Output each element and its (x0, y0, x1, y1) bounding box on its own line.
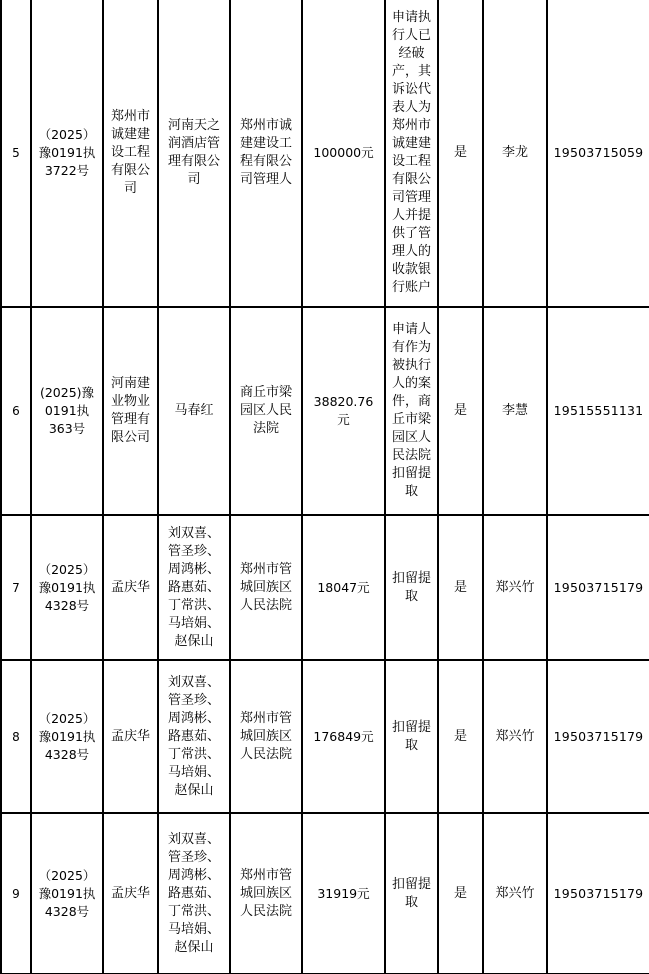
cell-payer-court-line: 园区人民 (234, 402, 298, 420)
cell-contact-text: 郑兴竹 (495, 729, 534, 744)
cell-respondent-line: 丁常洪、 (162, 903, 226, 921)
cell-case-number-line: (2025)豫 (35, 384, 99, 402)
cell-reason-line: 诚建建 (389, 135, 434, 153)
table-row: 8（2025）豫0191执4328号孟庆华刘双喜、管圣珍、周鸿彬、路惠茹、丁常洪… (1, 660, 649, 813)
cell-payer-court: 郑州市诚建建设工程有限公司管理人 (230, 0, 302, 307)
cell-index-text: 9 (12, 887, 20, 901)
cell-respondent: 刘双喜、管圣珍、周鸿彬、路惠茹、丁常洪、马培娟、赵保山 (158, 515, 230, 660)
cell-applicant-line: 郑州市 (107, 108, 154, 126)
cell-reason-line: 扣留提 (389, 719, 434, 737)
cell-respondent-line: 理有限公 (162, 153, 226, 171)
cell-index: 6 (1, 307, 31, 515)
cell-respondent-line: 司 (162, 171, 226, 189)
cell-case-number-line: （2025） (35, 126, 99, 144)
cell-respondent-line: 刘双喜、 (162, 525, 226, 543)
cell-applicant-line: 孟庆华 (107, 728, 154, 746)
cell-case-number: （2025）豫0191执4328号 (31, 813, 103, 974)
cell-amount-line: 100000元 (306, 144, 381, 162)
cell-amount: 100000元 (302, 0, 385, 307)
cell-reason-line: 理人的 (389, 243, 434, 261)
cell-reason-line: 经破 (389, 45, 434, 63)
cell-confirmed-text: 是 (454, 729, 467, 744)
cell-payer-court-line: 郑州市诚 (234, 117, 298, 135)
cell-respondent-line: 马培娟、 (162, 764, 226, 782)
cell-reason-line: 取 (389, 737, 434, 755)
cell-confirmed: 是 (438, 307, 483, 515)
cell-payer-court: 郑州市管城回族区人民法院 (230, 515, 302, 660)
cell-case-number-line: 豫0191执 (35, 728, 99, 746)
cell-reason-line: 收款银 (389, 261, 434, 279)
cell-respondent-line: 管圣珍、 (162, 692, 226, 710)
cell-reason-line: 人并提 (389, 207, 434, 225)
cell-respondent-line: 赵保山 (162, 939, 226, 957)
cell-payer-court-line: 城回族区 (234, 579, 298, 597)
cell-respondent-line: 刘双喜、 (162, 674, 226, 692)
cell-contact: 郑兴竹 (483, 813, 547, 974)
cell-contact: 郑兴竹 (483, 660, 547, 813)
cell-payer-court-line: 建建设工 (234, 135, 298, 153)
cell-case-number-line: 豫0191执 (35, 885, 99, 903)
cell-case-number-line: 4328号 (35, 597, 99, 615)
cell-phone-text: 19515551131 (554, 403, 644, 418)
cell-payer-court-line: 商丘市梁 (234, 384, 298, 402)
cell-phone: 19503715179 (547, 813, 649, 974)
cell-respondent: 刘双喜、管圣珍、周鸿彬、路惠茹、丁常洪、马培娟、赵保山 (158, 813, 230, 974)
cell-phone: 19503715179 (547, 515, 649, 660)
cell-reason: 申请执行人已经破产，其诉讼代表人为郑州市诚建建设工程有限公司管理人并提供了管理人… (385, 0, 438, 307)
cell-index-text: 6 (12, 404, 20, 418)
cell-respondent-line: 马培娟、 (162, 921, 226, 939)
cell-payer-court: 郑州市管城回族区人民法院 (230, 660, 302, 813)
cell-phone: 19515551131 (547, 307, 649, 515)
cell-payer-court-line: 郑州市管 (234, 561, 298, 579)
cell-applicant-line: 孟庆华 (107, 579, 154, 597)
cell-reason-line: 扣留提 (389, 465, 434, 483)
cell-index: 9 (1, 813, 31, 974)
cell-respondent-line: 周鸿彬、 (162, 561, 226, 579)
cell-applicant-line: 孟庆华 (107, 885, 154, 903)
cell-index-text: 5 (12, 146, 20, 160)
cell-applicant-line: 诚建建 (107, 126, 154, 144)
cell-respondent-line: 路惠茹、 (162, 728, 226, 746)
cell-respondent: 马春红 (158, 307, 230, 515)
cell-applicant: 孟庆华 (103, 515, 158, 660)
cell-reason-line: 取 (389, 588, 434, 606)
cell-payer-court-line: 人民法院 (234, 746, 298, 764)
cell-reason-line: 取 (389, 894, 434, 912)
cell-respondent-line: 管圣珍、 (162, 543, 226, 561)
cell-reason-line: 产，其 (389, 63, 434, 81)
cell-respondent-line: 赵保山 (162, 782, 226, 800)
cell-respondent-line: 丁常洪、 (162, 597, 226, 615)
cell-index: 5 (1, 0, 31, 307)
cell-phone: 19503715179 (547, 660, 649, 813)
cell-payer-court: 商丘市梁园区人民法院 (230, 307, 302, 515)
cell-reason-line: 被执行 (389, 357, 434, 375)
cell-contact: 郑兴竹 (483, 515, 547, 660)
cell-confirmed: 是 (438, 660, 483, 813)
cell-amount: 31919元 (302, 813, 385, 974)
cell-respondent-line: 河南天之 (162, 117, 226, 135)
cell-reason-line: 扣留提 (389, 876, 434, 894)
cell-contact-text: 李龙 (502, 145, 528, 160)
cell-phone-text: 19503715179 (554, 886, 644, 901)
cell-case-number-line: 0191执 (35, 402, 99, 420)
cell-reason-line: 有限公 (389, 171, 434, 189)
cell-case-number-line: 363号 (35, 420, 99, 438)
cell-confirmed-text: 是 (454, 403, 467, 418)
cell-reason: 扣留提取 (385, 813, 438, 974)
table-row: 7（2025）豫0191执4328号孟庆华刘双喜、管圣珍、周鸿彬、路惠茹、丁常洪… (1, 515, 649, 660)
cell-contact-text: 郑兴竹 (495, 580, 534, 595)
cell-case-number-line: 豫0191执 (35, 579, 99, 597)
cell-payer-court-line: 郑州市管 (234, 710, 298, 728)
cell-index-text: 7 (12, 581, 20, 595)
cell-payer-court: 郑州市管城回族区人民法院 (230, 813, 302, 974)
table-row: 9（2025）豫0191执4328号孟庆华刘双喜、管圣珍、周鸿彬、路惠茹、丁常洪… (1, 813, 649, 974)
cell-respondent-line: 管圣珍、 (162, 849, 226, 867)
cell-applicant-line: 有限公 (107, 162, 154, 180)
cell-reason-line: 人的案 (389, 375, 434, 393)
cell-applicant: 郑州市诚建建设工程有限公司 (103, 0, 158, 307)
cell-amount-line: 176849元 (306, 728, 381, 746)
cell-case-number: （2025）豫0191执4328号 (31, 660, 103, 813)
cell-phone: 19503715059 (547, 0, 649, 307)
cell-contact-text: 郑兴竹 (495, 886, 534, 901)
cell-amount-line: 元 (306, 411, 381, 429)
cell-amount: 18047元 (302, 515, 385, 660)
cell-reason-line: 丘市梁 (389, 411, 434, 429)
cell-case-number: （2025）豫0191执3722号 (31, 0, 103, 307)
cell-respondent: 河南天之润酒店管理有限公司 (158, 0, 230, 307)
cell-phone-text: 19503715179 (554, 580, 644, 595)
cell-respondent-line: 路惠茹、 (162, 885, 226, 903)
cell-case-number-line: 4328号 (35, 903, 99, 921)
cell-confirmed: 是 (438, 515, 483, 660)
cell-reason: 扣留提取 (385, 660, 438, 813)
cell-reason-line: 申请人 (389, 321, 434, 339)
cell-respondent-line: 马春红 (162, 402, 226, 420)
cell-payer-court-line: 司管理人 (234, 171, 298, 189)
table-row: 5（2025）豫0191执3722号郑州市诚建建设工程有限公司河南天之润酒店管理… (1, 0, 649, 307)
case-table: 5（2025）豫0191执3722号郑州市诚建建设工程有限公司河南天之润酒店管理… (0, 0, 649, 974)
cell-case-number-line: 3722号 (35, 162, 99, 180)
cell-amount: 38820.76元 (302, 307, 385, 515)
cell-amount-line: 38820.76 (306, 393, 381, 411)
cell-payer-court-line: 法院 (234, 420, 298, 438)
cell-case-number-line: 豫0191执 (35, 144, 99, 162)
cell-confirmed-text: 是 (454, 886, 467, 901)
cell-respondent-line: 润酒店管 (162, 135, 226, 153)
cell-reason-line: 郑州市 (389, 117, 434, 135)
cell-respondent-line: 路惠茹、 (162, 579, 226, 597)
cell-applicant-line: 限公司 (107, 429, 154, 447)
cell-case-number-line: （2025） (35, 561, 99, 579)
cell-index: 8 (1, 660, 31, 813)
cell-case-number: (2025)豫0191执363号 (31, 307, 103, 515)
cell-payer-court-line: 城回族区 (234, 728, 298, 746)
cell-payer-court-line: 郑州市管 (234, 867, 298, 885)
cell-reason: 扣留提取 (385, 515, 438, 660)
table-row: 6(2025)豫0191执363号河南建业物业管理有限公司马春红商丘市梁园区人民… (1, 307, 649, 515)
cell-reason-line: 件，商 (389, 393, 434, 411)
cell-confirmed: 是 (438, 0, 483, 307)
cell-amount-line: 18047元 (306, 579, 381, 597)
cell-case-number-line: 4328号 (35, 746, 99, 764)
cell-applicant-line: 河南建 (107, 375, 154, 393)
cell-respondent-line: 赵保山 (162, 633, 226, 651)
cell-reason-line: 设工程 (389, 153, 434, 171)
cell-respondent-line: 刘双喜、 (162, 831, 226, 849)
cell-contact: 李慧 (483, 307, 547, 515)
cell-respondent-line: 丁常洪、 (162, 746, 226, 764)
cell-reason-line: 扣留提 (389, 570, 434, 588)
cell-applicant-line: 业物业 (107, 393, 154, 411)
cell-reason: 申请人有作为被执行人的案件，商丘市梁园区人民法院扣留提取 (385, 307, 438, 515)
cell-reason-line: 表人为 (389, 99, 434, 117)
cell-reason-line: 诉讼代 (389, 81, 434, 99)
cell-reason-line: 有作为 (389, 339, 434, 357)
cell-case-number-line: （2025） (35, 867, 99, 885)
cell-index-text: 8 (12, 730, 20, 744)
cell-contact-text: 李慧 (502, 403, 528, 418)
cell-applicant: 孟庆华 (103, 813, 158, 974)
cell-case-number: （2025）豫0191执4328号 (31, 515, 103, 660)
cell-phone-text: 19503715179 (554, 729, 644, 744)
cell-respondent: 刘双喜、管圣珍、周鸿彬、路惠茹、丁常洪、马培娟、赵保山 (158, 660, 230, 813)
cell-confirmed-text: 是 (454, 580, 467, 595)
cell-payer-court-line: 人民法院 (234, 597, 298, 615)
cell-amount-line: 31919元 (306, 885, 381, 903)
cell-reason-line: 申请执 (389, 9, 434, 27)
cell-payer-court-line: 城回族区 (234, 885, 298, 903)
cell-reason-line: 行人已 (389, 27, 434, 45)
cell-contact: 李龙 (483, 0, 547, 307)
cell-index: 7 (1, 515, 31, 660)
cell-amount: 176849元 (302, 660, 385, 813)
cell-applicant-line: 管理有 (107, 411, 154, 429)
cell-confirmed: 是 (438, 813, 483, 974)
cell-respondent-line: 马培娟、 (162, 615, 226, 633)
cell-payer-court-line: 人民法院 (234, 903, 298, 921)
cell-case-number-line: （2025） (35, 710, 99, 728)
cell-reason-line: 民法院 (389, 447, 434, 465)
cell-applicant-line: 司 (107, 180, 154, 198)
cell-reason-line: 行账户 (389, 279, 434, 297)
cell-reason-line: 供了管 (389, 225, 434, 243)
cell-reason-line: 园区人 (389, 429, 434, 447)
cell-reason-line: 取 (389, 483, 434, 501)
cell-payer-court-line: 程有限公 (234, 153, 298, 171)
cell-respondent-line: 周鸿彬、 (162, 710, 226, 728)
table-body: 5（2025）豫0191执3722号郑州市诚建建设工程有限公司河南天之润酒店管理… (1, 0, 649, 974)
cell-phone-text: 19503715059 (554, 145, 644, 160)
cell-applicant-line: 设工程 (107, 144, 154, 162)
cell-respondent-line: 周鸿彬、 (162, 867, 226, 885)
cell-confirmed-text: 是 (454, 145, 467, 160)
cell-applicant: 孟庆华 (103, 660, 158, 813)
cell-reason-line: 司管理 (389, 189, 434, 207)
cell-applicant: 河南建业物业管理有限公司 (103, 307, 158, 515)
